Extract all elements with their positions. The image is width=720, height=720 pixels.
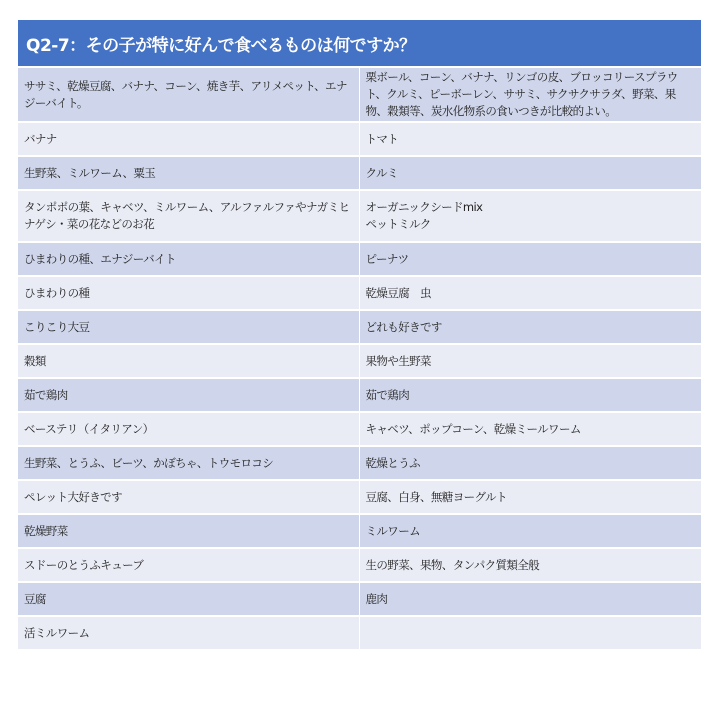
- answer-cell-right: 栗ボール、コーン、バナナ、リンゴの皮、ブロッコリースプラウト、クルミ、ピーボーレ…: [359, 68, 701, 122]
- question-title: Q2-7：その子が特に好んで食べるものは何ですか？: [26, 31, 416, 56]
- answer-cell-left: 茹で鶏肉: [18, 378, 359, 412]
- table-row: ベーステリ（イタリアン） キャベツ、ポップコーン、乾燥ミールワーム: [18, 412, 701, 446]
- table-row: ペレット大好きです 豆腐、白身、無糖ヨーグルト: [18, 480, 701, 514]
- table-row: 茹で鶏肉 茹で鶏肉: [18, 378, 701, 412]
- answer-cell-left: 豆腐: [18, 582, 359, 616]
- table-row: ひまわりの種、エナジーバイト ピーナツ: [18, 242, 701, 276]
- answer-cell-left: ベーステリ（イタリアン）: [18, 412, 359, 446]
- slide: Q2-7：その子が特に好んで食べるものは何ですか？ ササミ、乾燥豆腐、バナナ、コ…: [18, 20, 701, 651]
- answer-cell-left: 穀類: [18, 344, 359, 378]
- answer-cell-right: 乾燥とうふ: [359, 446, 701, 480]
- question-title-bar: Q2-7：その子が特に好んで食べるものは何ですか？: [18, 20, 701, 68]
- table-row: バナナ トマト: [18, 122, 701, 156]
- answer-cell-right: クルミ: [359, 156, 701, 190]
- answer-cell-left: バナナ: [18, 122, 359, 156]
- answers-table: ササミ、乾燥豆腐、バナナ、コーン、焼き芋、アリメペット、エナジーバイト。 栗ボー…: [18, 68, 701, 651]
- answer-cell-left: 生野菜、ミルワーム、粟玉: [18, 156, 359, 190]
- table-row: こりこり大豆 どれも好きです: [18, 310, 701, 344]
- answer-cell-right: オーガニックシードmix ペットミルク: [359, 190, 701, 242]
- table-row: 穀類 果物や生野菜: [18, 344, 701, 378]
- answer-cell-right: [359, 616, 701, 650]
- answer-cell-right: キャベツ、ポップコーン、乾燥ミールワーム: [359, 412, 701, 446]
- answer-cell-left: ペレット大好きです: [18, 480, 359, 514]
- answer-cell-left: ササミ、乾燥豆腐、バナナ、コーン、焼き芋、アリメペット、エナジーバイト。: [18, 68, 359, 122]
- table-row: 豆腐 鹿肉: [18, 582, 701, 616]
- table-row: ササミ、乾燥豆腐、バナナ、コーン、焼き芋、アリメペット、エナジーバイト。 栗ボー…: [18, 68, 701, 122]
- table-row: 生野菜、ミルワーム、粟玉 クルミ: [18, 156, 701, 190]
- answer-cell-right: 果物や生野菜: [359, 344, 701, 378]
- table-row: 生野菜、とうふ、ビーツ、かぼちゃ、トウモロコシ 乾燥とうふ: [18, 446, 701, 480]
- answer-cell-right: 生の野菜、果物、タンパク質類全般: [359, 548, 701, 582]
- answer-cell-right: 鹿肉: [359, 582, 701, 616]
- answer-cell-left: こりこり大豆: [18, 310, 359, 344]
- table-row: ひまわりの種 乾燥豆腐 虫: [18, 276, 701, 310]
- table-row: スドーのとうふキューブ 生の野菜、果物、タンパク質類全般: [18, 548, 701, 582]
- answer-cell-right: 乾燥豆腐 虫: [359, 276, 701, 310]
- answer-cell-right: 豆腐、白身、無糖ヨーグルト: [359, 480, 701, 514]
- answer-cell-left: スドーのとうふキューブ: [18, 548, 359, 582]
- answer-cell-left: 生野菜、とうふ、ビーツ、かぼちゃ、トウモロコシ: [18, 446, 359, 480]
- table-row: タンポポの葉、キャベツ、ミルワーム、アルファルファやナガミヒナゲシ・菜の花などの…: [18, 190, 701, 242]
- answer-cell-left: タンポポの葉、キャベツ、ミルワーム、アルファルファやナガミヒナゲシ・菜の花などの…: [18, 190, 359, 242]
- answer-cell-left: ひまわりの種、エナジーバイト: [18, 242, 359, 276]
- answer-cell-right: ミルワーム: [359, 514, 701, 548]
- answer-cell-right: ピーナツ: [359, 242, 701, 276]
- answer-cell-right: どれも好きです: [359, 310, 701, 344]
- table-row: 活ミルワーム: [18, 616, 701, 650]
- answer-cell-left: 乾燥野菜: [18, 514, 359, 548]
- answer-cell-left: ひまわりの種: [18, 276, 359, 310]
- answer-cell-left: 活ミルワーム: [18, 616, 359, 650]
- table-row: 乾燥野菜 ミルワーム: [18, 514, 701, 548]
- answer-cell-right: トマト: [359, 122, 701, 156]
- answer-cell-right: 茹で鶏肉: [359, 378, 701, 412]
